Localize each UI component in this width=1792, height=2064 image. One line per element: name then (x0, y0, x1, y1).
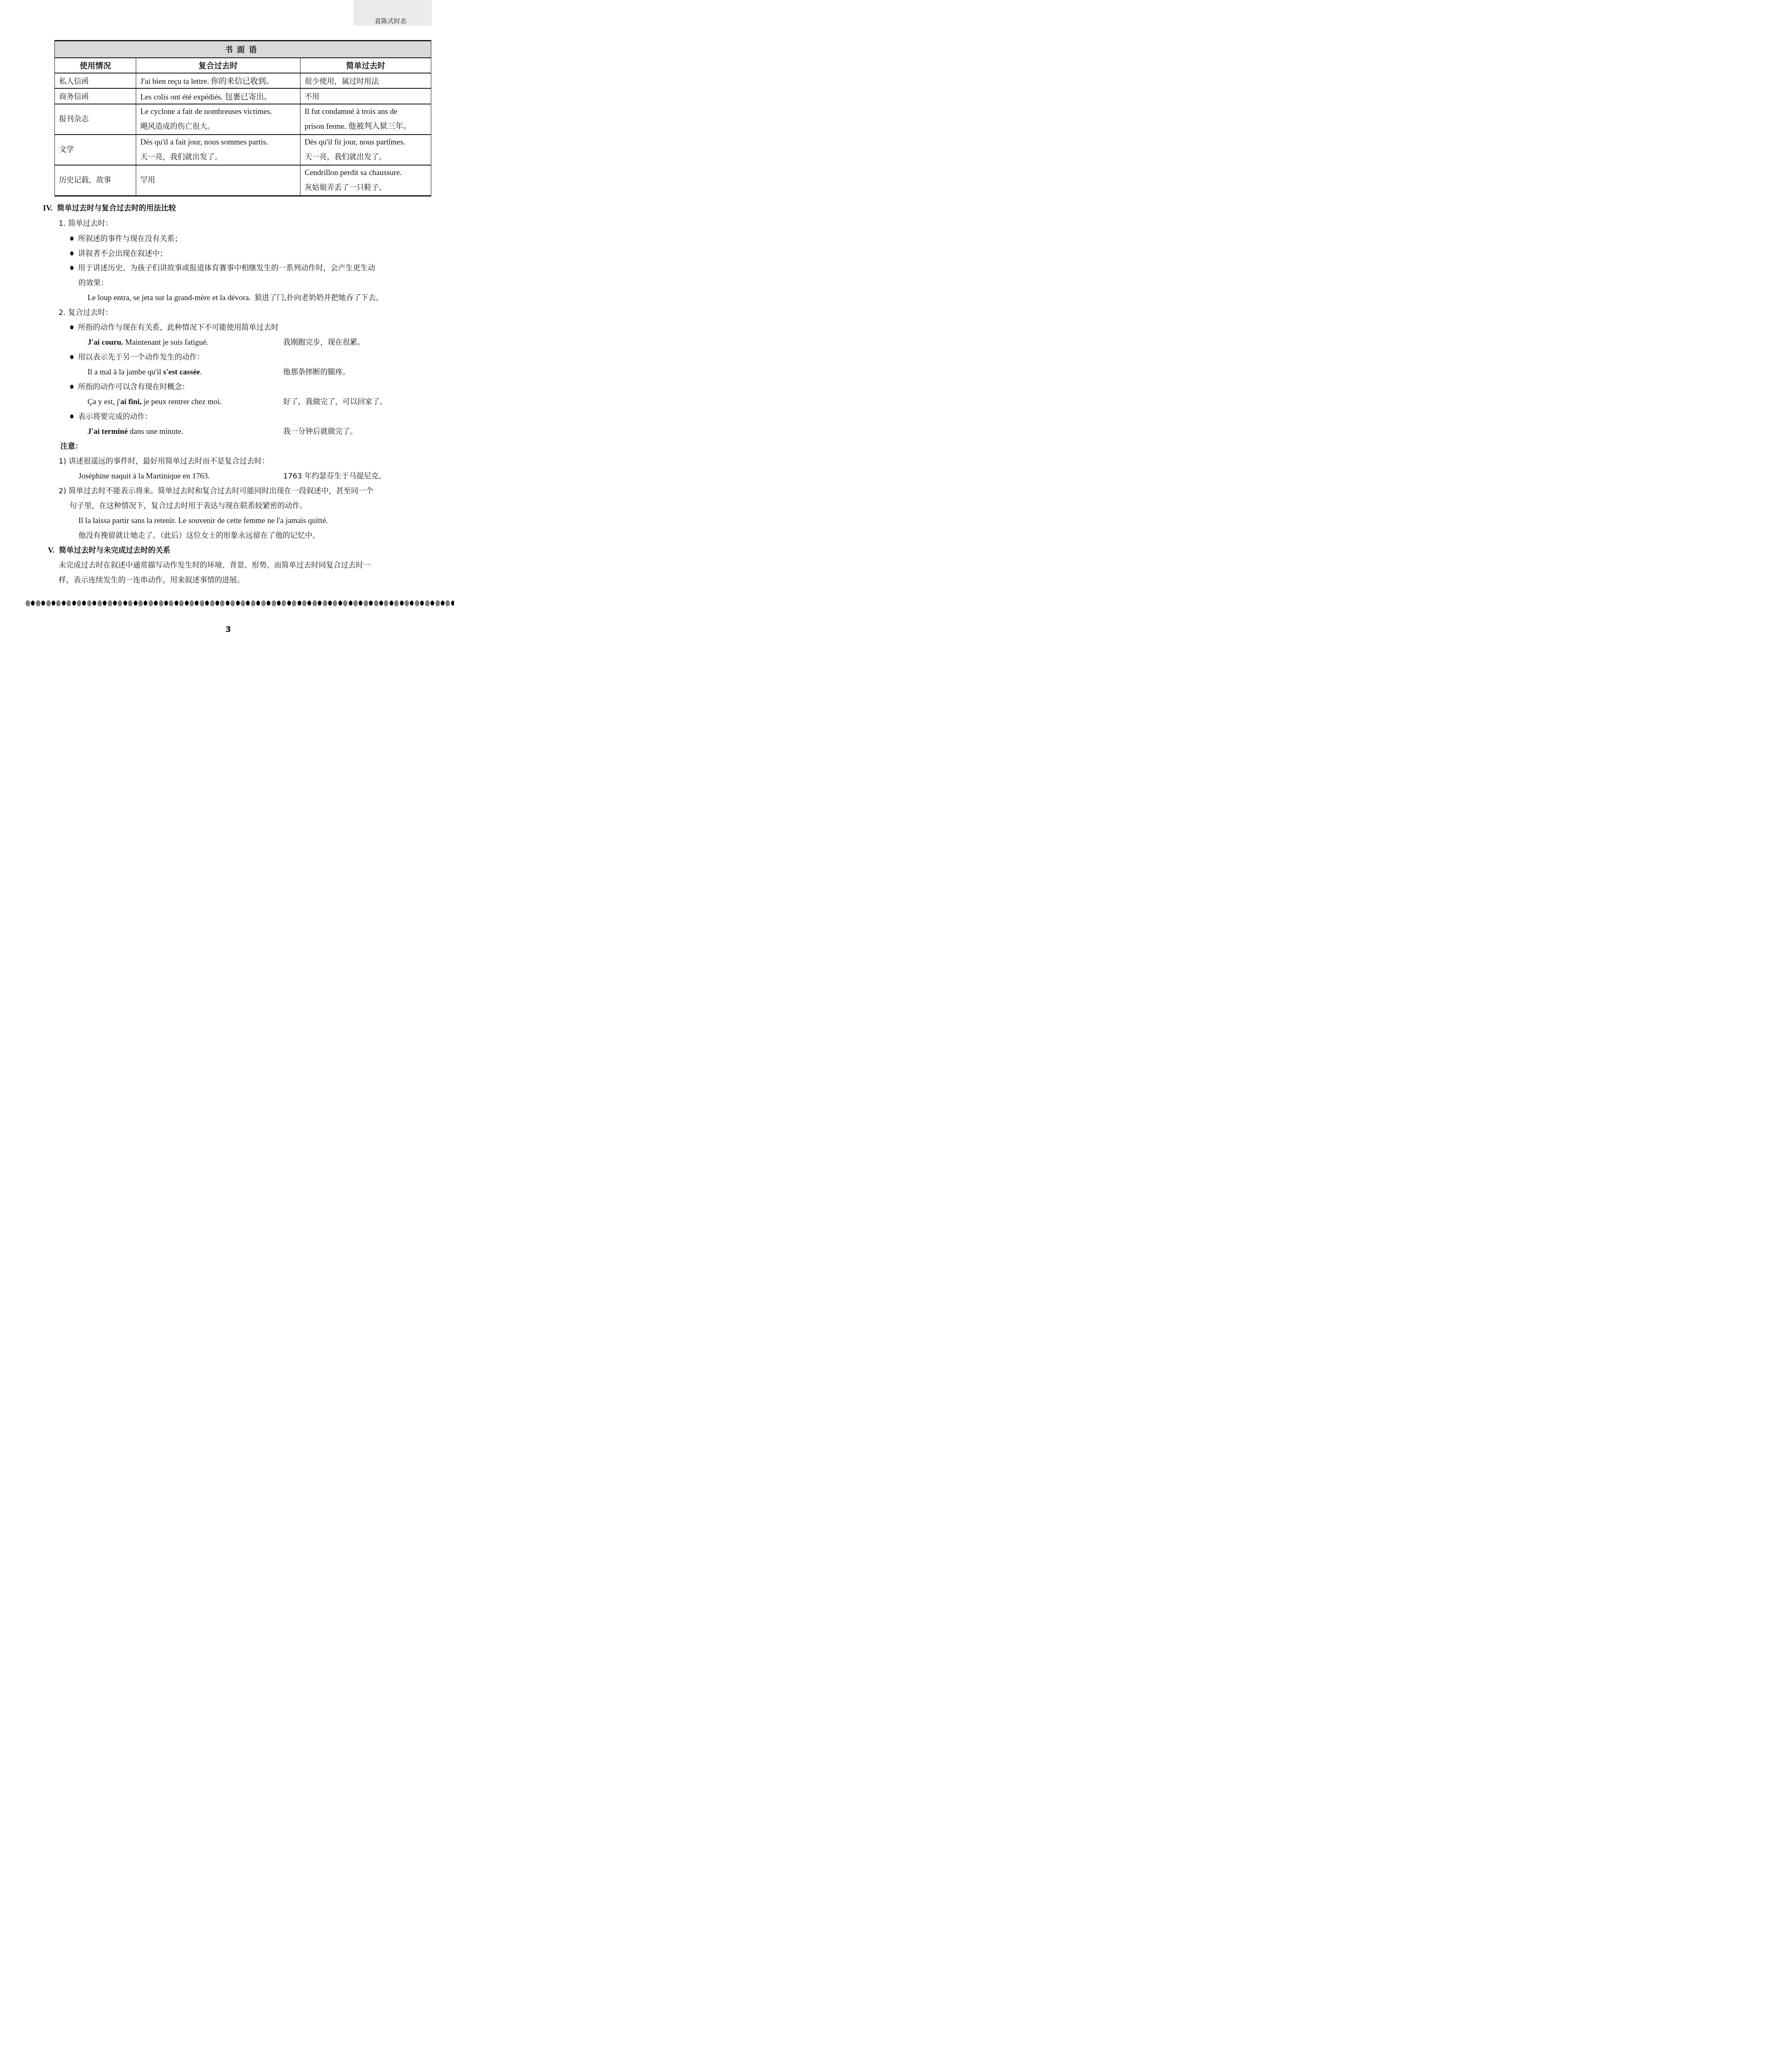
dot-gray-icon (425, 600, 430, 606)
cell-line: 很少使用，属过时用法 (305, 76, 427, 86)
dot-black-icon (400, 601, 404, 606)
dot-black-icon (92, 601, 96, 606)
cell-line: 天一亮，我们就出发了。 (305, 150, 427, 165)
bullet-continuation: 的效果： (78, 278, 108, 288)
section-title: 简单过去时与未完成过去时的关系 (59, 546, 170, 555)
dot-gray-icon (251, 600, 255, 606)
dot-black-icon (328, 601, 332, 606)
page-number: 3 (225, 624, 231, 634)
dot-black-icon (123, 601, 127, 606)
dot-black-icon (410, 601, 414, 606)
example-french: J'ai terminé dans une minute. (87, 427, 183, 437)
dot-black-icon (195, 601, 199, 606)
dot-black-icon (256, 601, 260, 606)
dot-black-icon (379, 601, 383, 606)
example-chinese: 我刚跑完步，现在很累。 (283, 338, 365, 348)
bullet-text: 所指的动作与现在有关系，此种情况下不可能使用简单过去时 (78, 323, 279, 332)
cell-line: 灰姑娘弄丢了一只鞋子。 (305, 180, 427, 195)
cell-situation: 报刊杂志 (55, 104, 136, 135)
example-chinese: 狼进了门,扑向老奶奶并把她吞了下去。 (254, 294, 383, 302)
dot-gray-icon (364, 600, 368, 606)
bullet-icon (70, 325, 73, 329)
cell-compound: Le cyclone a fait de nombreuses victimes… (136, 104, 300, 135)
dot-black-icon (175, 601, 178, 606)
dot-black-icon (369, 601, 373, 606)
dot-gray-icon (118, 600, 122, 606)
dot-gray-icon (404, 600, 409, 606)
dot-gray-icon (108, 600, 112, 606)
dot-gray-icon (241, 600, 245, 606)
dot-black-icon (349, 601, 352, 606)
subsection-label: 2. 复合过去时： (59, 308, 113, 318)
example-chinese: 1763 年约瑟芬生于马提尼克。 (283, 471, 386, 481)
cell-line: 天一亮，我们就出发了。 (140, 150, 296, 165)
dot-black-icon (298, 601, 301, 606)
dot-black-icon (226, 601, 229, 606)
dot-gray-icon (302, 600, 307, 606)
dot-gray-icon (97, 600, 102, 606)
dot-black-icon (359, 601, 362, 606)
cell-simple: 很少使用，属过时用法 (300, 73, 431, 88)
table-row: 历史记载，故事 罕用 Cendrillon perdit sa chaussur… (55, 165, 431, 196)
example-sentence: Ça y est, j'ai fini, je peux rentrer che… (87, 397, 376, 407)
example-french: Il la laissa partir sans la retenir. Le … (78, 516, 328, 526)
dot-gray-icon (281, 600, 286, 606)
dot-gray-icon (159, 600, 163, 606)
dot-gray-icon (323, 600, 327, 606)
dot-black-icon (113, 601, 117, 606)
example-sentence: Il a mal à la jambe qu'il s'est cassée. … (87, 367, 376, 377)
bullet-item: 用以表示先于另一个动作发生的动作： (70, 353, 204, 362)
dot-black-icon (338, 601, 342, 606)
example-french: Joséphine naquit à la Martinique en 1763… (78, 471, 210, 481)
dot-black-icon (72, 601, 76, 606)
dot-gray-icon (66, 600, 71, 606)
bullet-text: 所叙述的事件与现在没有关系； (78, 234, 182, 243)
example-french: Il a mal à la jambe qu'il s'est cassée. (87, 367, 202, 377)
dot-black-icon (215, 601, 219, 606)
example-french-pre: Il a mal à la jambe qu'il (87, 368, 163, 376)
example-french: Le loup entra, se jeta sur la grand-mère… (87, 294, 251, 302)
bullet-item: 用于讲述历史、为孩子们讲故事或报道体育赛事中相继发生的一系列动作时，会产生更生动 (70, 263, 375, 273)
dot-gray-icon (333, 600, 337, 606)
bullet-item: 所指的动作可以含有现在时概念： (70, 382, 189, 392)
dot-gray-icon (272, 600, 276, 606)
table-row: 报刊杂志 Le cyclone a fait de nombreuses vic… (55, 104, 431, 135)
example-chinese: 好了，我做完了，可以回家了。 (283, 397, 387, 407)
cell-line: 飓风造成的伤亡很大。 (140, 119, 296, 134)
dot-black-icon (430, 601, 434, 606)
dot-gray-icon (445, 600, 450, 606)
dot-gray-icon (384, 600, 388, 606)
cell-line: J'ai bien reçu ta lettre. 你的来信已收到。 (140, 75, 296, 86)
bullet-text: 讲叙者不会出现在叙述中； (78, 249, 167, 258)
paragraph-line: 样，表示连续发生的一连串动作，用来叙述事情的进展。 (59, 575, 244, 585)
bullet-icon (70, 385, 73, 389)
dot-gray-icon (415, 600, 419, 606)
dot-gray-icon (210, 600, 215, 606)
dot-black-icon (154, 601, 158, 606)
dot-black-icon (134, 601, 137, 606)
dot-black-icon (31, 601, 35, 606)
dot-black-icon (52, 601, 55, 606)
bullet-text: 所指的动作可以含有现在时概念： (78, 383, 189, 391)
dot-gray-icon (169, 600, 173, 606)
cell-line: Les colis ont été expédiés. 包裹已寄出。 (140, 91, 296, 102)
bullet-icon (70, 266, 73, 270)
dot-black-icon (144, 601, 147, 606)
example-sentence: Le loup entra, se jeta sur la grand-mère… (87, 293, 383, 303)
dot-gray-icon (87, 600, 92, 606)
dot-gray-icon (26, 600, 30, 606)
dot-black-icon (236, 601, 240, 606)
dot-black-icon (441, 601, 444, 606)
cell-line: 罕用 (140, 173, 296, 188)
cell-line: Il fut condamné à trois ans de (305, 104, 427, 119)
example-chinese: 我一分钟后就做完了。 (283, 427, 357, 437)
cell-simple: Il fut condamné à trois ans de prison fe… (300, 104, 431, 135)
dot-black-icon (41, 601, 45, 606)
section-number: IV. (43, 204, 52, 213)
bullet-item: 所指的动作与现在有关系，此种情况下不可能使用简单过去时 (70, 323, 279, 333)
section-title: 简单过去时与复合过去时的用法比较 (57, 204, 176, 213)
dot-gray-icon (374, 600, 378, 606)
table-row: 文学 Dès qu'il a fait jour, nous sommes pa… (55, 135, 431, 165)
dot-black-icon (185, 601, 189, 606)
bullet-icon (70, 251, 73, 256)
example-french-bold: s'est cassée (163, 368, 200, 376)
dot-gray-icon (261, 600, 266, 606)
dot-gray-icon (435, 600, 440, 606)
dot-gray-icon (128, 600, 132, 606)
bullet-text: 表示将要完成的动作： (78, 412, 152, 421)
dot-gray-icon (200, 600, 204, 606)
table-header-row: 使用情况 复合过去时 简单过去时 (55, 58, 431, 73)
dot-black-icon (307, 601, 311, 606)
cell-line: Dès qu'il a fait jour, nous sommes parti… (140, 135, 296, 150)
written-language-usage-table: 书面语 使用情况 复合过去时 简单过去时 私人信函 J'ai bien reçu… (54, 40, 431, 196)
table-row: 商务信函 Les colis ont été expédiés. 包裹已寄出。 … (55, 88, 431, 104)
table-title-row: 书面语 (55, 41, 431, 58)
dot-black-icon (82, 601, 86, 606)
dot-black-icon (103, 601, 106, 606)
cell-line: Le cyclone a fait de nombreuses victimes… (140, 104, 296, 119)
decorative-dot-divider (26, 599, 454, 607)
note-item-continuation: 句子里，在这种情况下，复合过去时用于表达与现在联系较紧密的动作。 (69, 501, 307, 511)
header-situation: 使用情况 (55, 58, 136, 73)
table-title: 书面语 (55, 41, 431, 58)
example-french-rest: . (200, 368, 202, 376)
dot-black-icon (420, 601, 424, 606)
example-french-bold: J'ai couru. (87, 338, 123, 347)
running-head-title: 直陈式时态 (375, 17, 407, 25)
dot-gray-icon (138, 600, 143, 606)
section-heading-iv: IV. 简单过去时与复合过去时的用法比较 (43, 204, 176, 213)
header-passe-compose: 复合过去时 (136, 58, 300, 73)
bullet-icon (70, 414, 73, 419)
section-heading-v: V. 简单过去时与未完成过去时的关系 (48, 546, 170, 556)
dot-black-icon (451, 601, 454, 606)
cell-simple: Cendrillon perdit sa chaussure. 灰姑娘弄丢了一只… (300, 165, 431, 196)
dot-black-icon (267, 601, 270, 606)
cell-line: Cendrillon perdit sa chaussure. (305, 166, 427, 180)
table-row: 私人信函 J'ai bien reçu ta lettre. 你的来信已收到。 … (55, 73, 431, 88)
example-sentence: Joséphine naquit à la Martinique en 1763… (78, 471, 392, 481)
dot-gray-icon (220, 600, 225, 606)
running-head: 直陈式时态 (353, 0, 432, 26)
dot-gray-icon (292, 600, 296, 606)
example-french-rest: Maintenant je suis fatigué. (123, 338, 208, 347)
dot-gray-icon (312, 600, 317, 606)
dot-gray-icon (46, 600, 51, 606)
dot-gray-icon (394, 600, 399, 606)
subsection-label: 1. 简单过去时： (59, 219, 113, 229)
bullet-item: 所叙述的事件与现在没有关系； (70, 234, 182, 244)
cell-situation: 私人信函 (55, 73, 136, 88)
paragraph-line: 未完成过去时在叙述中通常描写动作发生时的环境、背景、形势。而简单过去时同复合过去… (59, 561, 371, 570)
example-french-rest: je peux rentrer chez moi. (142, 398, 222, 406)
section-number: V. (48, 546, 54, 555)
dot-black-icon (205, 601, 209, 606)
bullet-item: 讲叙者不会出现在叙述中； (70, 249, 167, 259)
cell-situation: 文学 (55, 135, 136, 165)
dot-gray-icon (77, 600, 81, 606)
example-french-bold: J'ai terminé (87, 427, 128, 436)
dot-gray-icon (353, 600, 358, 606)
bullet-item: 表示将要完成的动作： (70, 412, 152, 422)
bullet-text: 用以表示先于另一个动作发生的动作： (78, 353, 204, 362)
dot-gray-icon (149, 600, 153, 606)
note-label: 注意： (60, 442, 83, 452)
bullet-text: 用于讲述历史、为孩子们讲故事或报道体育赛事中相继发生的一系列动作时，会产生更生动 (78, 264, 375, 272)
cell-compound: 罕用 (136, 165, 300, 196)
bullet-icon (70, 237, 73, 241)
example-sentence: J'ai terminé dans une minute. 我一分钟后就做完了。 (87, 427, 376, 437)
cell-line: Dès qu'il fit jour, nous partîmes. (305, 135, 427, 150)
cell-simple: 不用 (300, 88, 431, 104)
dot-gray-icon (179, 600, 184, 606)
cell-situation: 商务信函 (55, 88, 136, 104)
example-chinese: 他那条摔断的腿疼。 (283, 367, 350, 377)
cell-simple: Dès qu'il fit jour, nous partîmes. 天一亮，我… (300, 135, 431, 165)
header-passe-simple: 简单过去时 (300, 58, 431, 73)
dot-gray-icon (189, 600, 194, 606)
cell-situation: 历史记载，故事 (55, 165, 136, 196)
note-item: 1) 讲述很遥远的事件时，最好用简单过去时而不是复合过去时： (59, 457, 269, 466)
example-chinese: 他没有挽留就让她走了。（此后）这位女士的形象永远留在了他的记忆中。 (78, 531, 320, 541)
dot-black-icon (390, 601, 393, 606)
dot-gray-icon (56, 600, 61, 606)
cell-line: prison ferme. 他被判入狱三年。 (305, 119, 427, 134)
dot-gray-icon (343, 600, 348, 606)
example-french: J'ai couru. Maintenant je suis fatigué. (87, 338, 208, 348)
cell-compound: Les colis ont été expédiés. 包裹已寄出。 (136, 88, 300, 104)
dot-black-icon (287, 601, 291, 606)
example-french-bold: ai fini, (120, 398, 142, 406)
dot-black-icon (62, 601, 66, 606)
dot-gray-icon (36, 600, 40, 606)
example-french: Ça y est, j'ai fini, je peux rentrer che… (87, 397, 222, 407)
dot-gray-icon (230, 600, 235, 606)
dot-black-icon (277, 601, 281, 606)
usage-table: 书面语 使用情况 复合过去时 简单过去时 私人信函 J'ai bien reçu… (54, 40, 431, 196)
cell-compound: Dès qu'il a fait jour, nous sommes parti… (136, 135, 300, 165)
example-french-pre: Ça y est, j' (87, 398, 120, 406)
dot-black-icon (246, 601, 250, 606)
example-sentence: J'ai couru. Maintenant je suis fatigué. … (87, 338, 376, 348)
dot-black-icon (164, 601, 168, 606)
dot-black-icon (318, 601, 322, 606)
note-item: 2) 简单过去时不能表示将来。简单过去时和复合过去时可能同时出现在一段叙述中，甚… (59, 486, 373, 496)
bullet-icon (70, 355, 73, 359)
cell-compound: J'ai bien reçu ta lettre. 你的来信已收到。 (136, 73, 300, 88)
example-french-rest: dans une minute. (128, 427, 183, 436)
cell-line: 不用 (305, 91, 427, 102)
